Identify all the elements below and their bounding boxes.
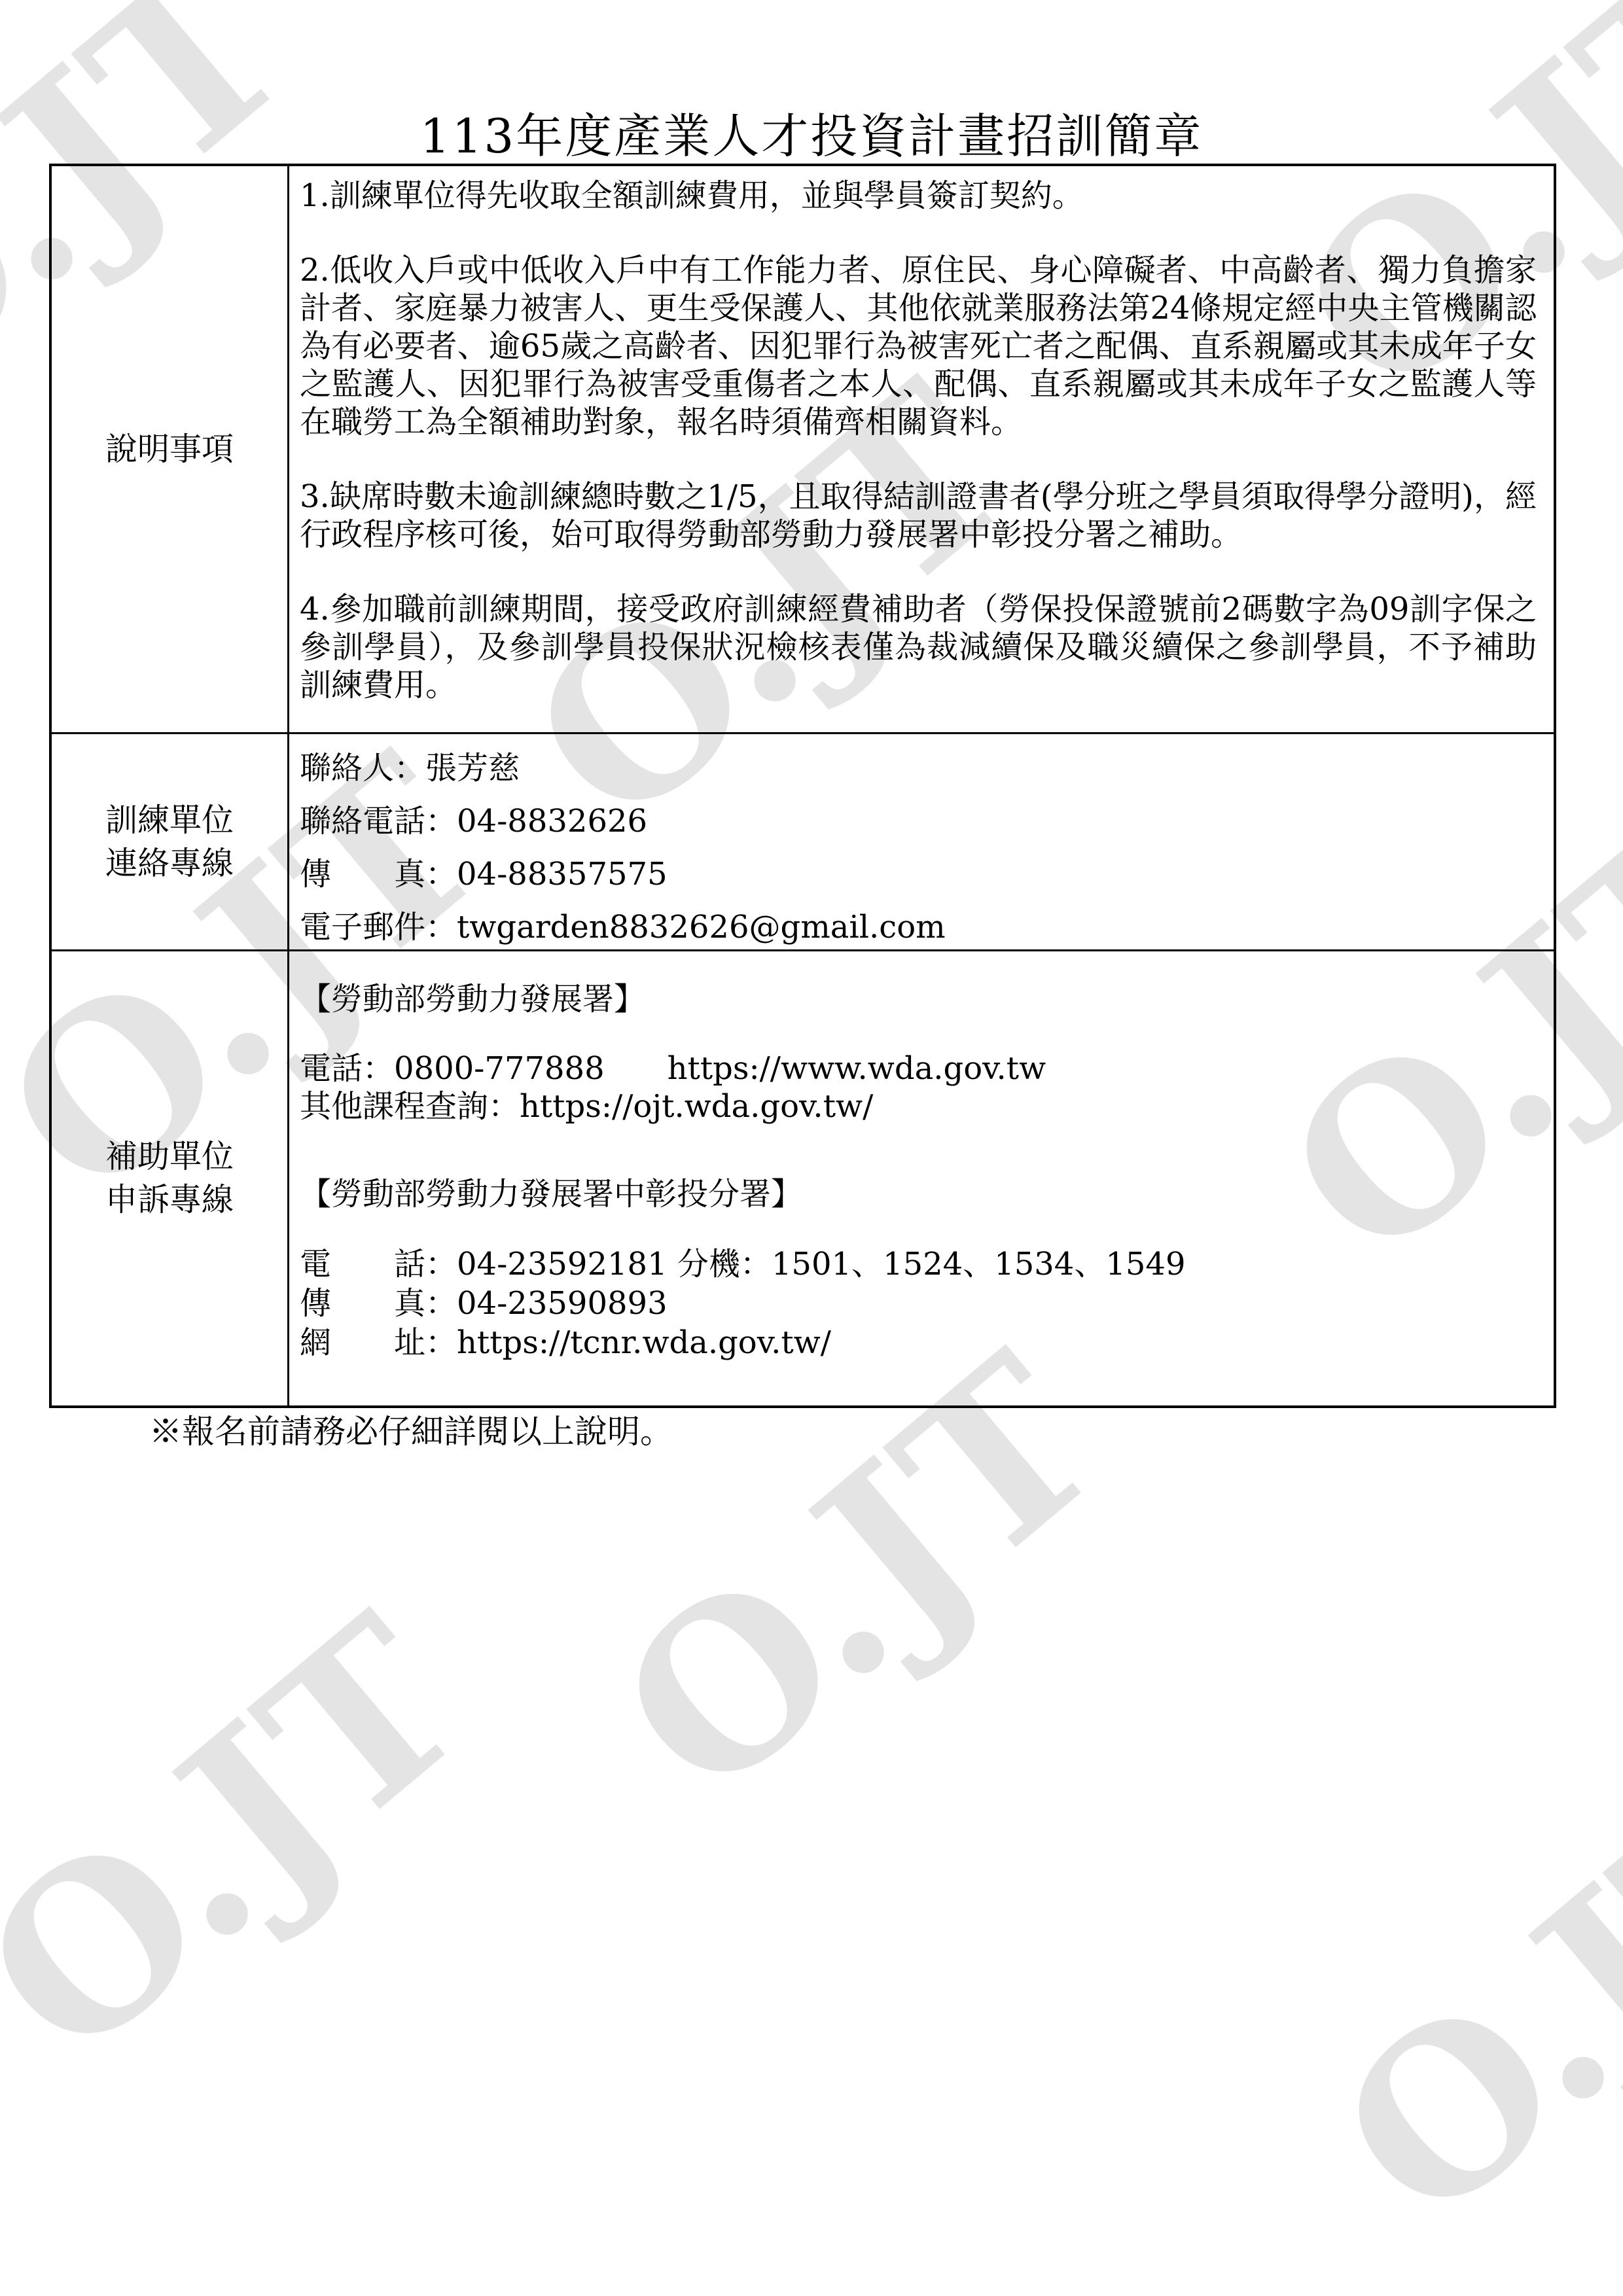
agency-heading-wda: 【勞動部勞動力發展署】 <box>300 980 1537 1018</box>
instruction-paragraph-3: 3.缺席時數未逾訓練總時數之1/5，且取得結訓證書者(學分班之學員須取得學分證明… <box>300 478 1537 554</box>
row-label-text: 補助單位 <box>105 1135 234 1178</box>
page-title: 113年度產業人才投資計畫招訓簡章 <box>0 98 1623 166</box>
agency-heading-tcnr: 【勞動部勞動力發展署中彰投分署】 <box>300 1175 1537 1213</box>
wda-course-query-line: 其他課程查詢：https://ojt.wda.gov.tw/ <box>300 1087 1537 1125</box>
instruction-paragraph-4: 4.參加職前訓練期間，接受政府訓練經費補助者（勞保投保證號前2碼數字為09訓字保… <box>300 590 1537 704</box>
watermark-ojt: O.JT <box>1296 1738 1623 2269</box>
instructions-content: 1.訓練單位得先收取全額訓練費用，並與學員簽訂契約。 2.低收入戶或中低收入戶中… <box>289 166 1554 734</box>
training-unit-contact-content: 聯絡人：張芳慈 聯絡電話：04-8832626 傳 真：04-88357575 … <box>289 734 1554 951</box>
contact-phone-line: 聯絡電話：04-8832626 <box>300 795 1537 848</box>
row-label-instructions: 說明事項 <box>52 166 289 734</box>
footer-note: ※報名前請務必仔細詳閱以上說明。 <box>149 1412 673 1451</box>
row-label-text: 說明事項 <box>105 428 234 471</box>
instruction-paragraph-1: 1.訓練單位得先收取全額訓練費用，並與學員簽訂契約。 <box>300 177 1537 215</box>
row-label-text: 申訴專線 <box>105 1178 234 1222</box>
subsidy-complaint-content: 【勞動部勞動力發展署】 電話：0800-777888 https://www.w… <box>289 951 1554 1405</box>
contact-fax-line: 傳 真：04-88357575 <box>300 848 1537 901</box>
tcnr-fax-line: 傳 真：04-23590893 <box>300 1284 1537 1323</box>
tcnr-phone-line: 電 話：04-23592181 分機：1501、1524、1534、1549 <box>300 1245 1537 1284</box>
row-label-training-unit-contact: 訓練單位 連絡專線 <box>52 734 289 951</box>
contact-person-line: 聯絡人：張芳慈 <box>300 742 1537 795</box>
row-label-text: 連絡專線 <box>105 842 234 885</box>
row-label-subsidy-complaint: 補助單位 申訴專線 <box>52 951 289 1405</box>
contact-email-line: 電子郵件：twgarden8832626@gmail.com <box>300 901 1537 951</box>
instruction-paragraph-2: 2.低收入戶或中低收入戶中有工作能力者、原住民、身心障礙者、中高齡者、獨力負擔家… <box>300 251 1537 441</box>
document-page: O.JT O.JT O.JT O.JT O.JT O.JT O.JT O.JT … <box>0 0 1623 2296</box>
info-table: 說明事項 1.訓練單位得先收取全額訓練費用，並與學員簽訂契約。 2.低收入戶或中… <box>49 164 1556 1408</box>
wda-phone-and-url-line: 電話：0800-777888 https://www.wda.gov.tw <box>300 1050 1537 1087</box>
tcnr-url-line: 網 址：https://tcnr.wda.gov.tw/ <box>300 1323 1537 1362</box>
watermark-ojt: O.JT <box>0 1574 506 2105</box>
row-label-text: 訓練單位 <box>105 799 234 842</box>
